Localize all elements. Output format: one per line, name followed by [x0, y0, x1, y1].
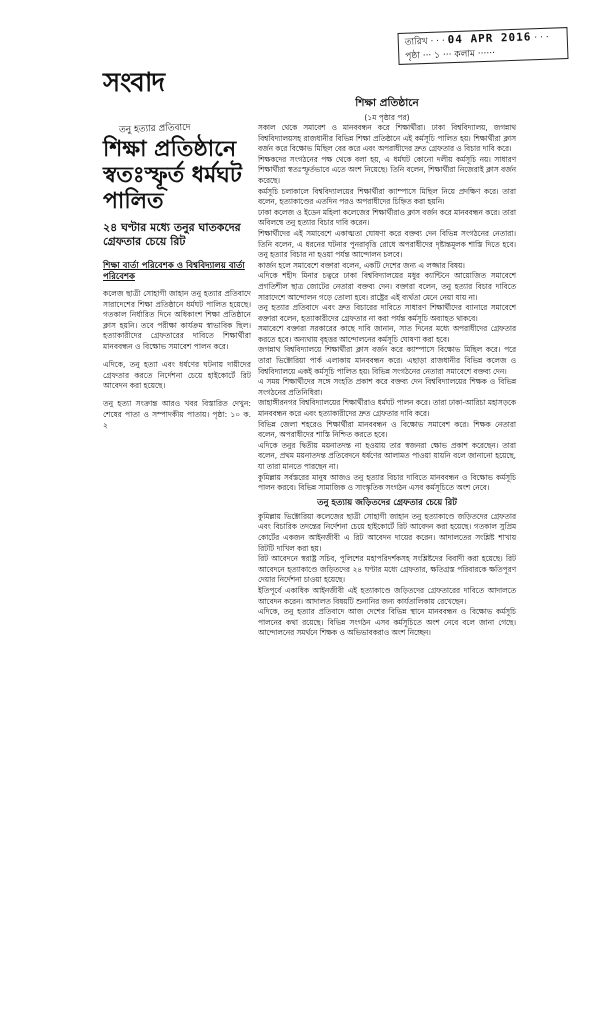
- article-paragraph: কর্মসূচি চলাকালে বিশ্ববিদ্যালয়ের শিক্ষা…: [258, 187, 516, 208]
- headline-line-3: পালিত: [103, 189, 251, 215]
- article-paragraph: শিক্ষার্থীদের এই সমাবেশে একাত্মতা ঘোষণা …: [258, 229, 516, 261]
- article-byline: শিক্ষা বার্তা পরিবেশক ও বিশ্ববিদ্যালয় ব…: [103, 261, 251, 283]
- continued-article: শিক্ষা প্রতিষ্ঠানে (১ম পৃষ্ঠার পর) সকাল …: [258, 96, 516, 639]
- article-paragraph: কুমিল্লায় সর্বস্তরের মানুষ আজও তনু হত্য…: [258, 473, 516, 494]
- article-paragraph: তনু হত্যা সংক্রান্ত আরও খবর বিস্তারিত দে…: [103, 399, 251, 431]
- newspaper-masthead: সংবাদ: [103, 62, 164, 106]
- article-paragraph: এদিকে, তনু হত্যার প্রতিবাদে আজ দেশের বিভ…: [258, 607, 516, 639]
- article-paragraph: কার্জন হলে সমাবেশে বক্তারা বলেন, একটি দে…: [258, 261, 516, 272]
- continued-from-note: (১ম পৃষ্ঠার পর): [258, 113, 516, 123]
- stamp-page-value: ১: [434, 51, 440, 61]
- article-paragraph: জাহাঙ্গীরনগর বিশ্ববিদ্যালয়ের শিক্ষার্থী…: [258, 398, 516, 419]
- article-paragraph: তনু হত্যার প্রতিবাদে এবং দ্রুত বিচারের দ…: [258, 303, 516, 324]
- stamp-column-label: কলাম: [454, 49, 475, 60]
- article-paragraph: বিভিন্ন জেলা শহরেও শিক্ষার্থীরা মানববন্ধ…: [258, 420, 516, 441]
- article-headline: শিক্ষা প্রতিষ্ঠানে স্বতঃস্ফূর্ত ধর্মঘট প…: [103, 137, 251, 215]
- article-subhead: ২৪ ঘণ্টার মধ্যে তনুর ঘাতকদের গ্রেফতার চে…: [103, 221, 251, 249]
- headline-line-2: স্বতঃস্ফূর্ত ধর্মঘট: [103, 163, 251, 189]
- article-paragraph: সকাল থেকে সমাবেশ ও মানববন্ধন করে শিক্ষার…: [258, 123, 516, 155]
- article-paragraph: এদিকে তনুর দ্বিতীয় ময়নাতদন্ত না হওয়ায…: [258, 441, 516, 473]
- article-paragraph: ঢাকা কলেজ ও ইডেন মহিলা কলেজের শিক্ষার্থী…: [258, 208, 516, 229]
- article-kicker: তনু হত্যার প্রতিবাদে: [119, 118, 251, 138]
- article-paragraph: এদিকে, তনু হত্যা এবং ধর্ষণের ঘটনায় দায়…: [103, 360, 251, 392]
- article-paragraph: রিট আবেদনে স্বরাষ্ট্র সচিব, পুলিশের মহাপ…: [258, 554, 516, 586]
- headline-line-1: শিক্ষা প্রতিষ্ঠানে: [103, 137, 251, 163]
- article-paragraph: কুমিল্লায় ভিক্টোরিয়া কলেজের ছাত্রী সোহ…: [258, 512, 516, 554]
- archive-stamp: তারিখ · · · 04 APR 2016 · · · পৃষ্ঠা ···…: [397, 27, 568, 65]
- article-paragraph: ইতিপূর্বে একাধিক আইনজীবী এই হত্যাকাণ্ডে …: [258, 586, 516, 607]
- article-paragraph: এ সময় শিক্ষার্থীদের সঙ্গে সংহতি প্রকাশ …: [258, 377, 516, 398]
- continued-article-title: শিক্ষা প্রতিষ্ঠানে: [258, 96, 516, 113]
- stamp-page-label: পৃষ্ঠা: [405, 51, 420, 62]
- article-paragraph: সমাবেশে বক্তারা সরকারের কাছে দাবি জানান,…: [258, 324, 516, 345]
- stamp-date-label: তারিখ: [405, 37, 428, 48]
- article-paragraph: শিক্ষকদের সংগঠনের পক্ষ থেকে বলা হয়, এ ধ…: [258, 155, 516, 187]
- front-page-article: তনু হত্যার প্রতিবাদে শিক্ষা প্রতিষ্ঠানে …: [103, 120, 251, 439]
- article-paragraph: কলেজ ছাত্রী সোহাগী জাহান তনু হত্যার প্রত…: [103, 289, 251, 353]
- article-paragraph: জগন্নাথ বিশ্ববিদ্যালয়ে শিক্ষার্থীরা ক্ল…: [258, 345, 516, 377]
- article-paragraph: এদিকে শহীদ মিনার চত্বরে ঢাকা বিশ্ববিদ্যা…: [258, 271, 516, 303]
- inline-subheading: তনু হত্যায় জড়িতদের গ্রেফতার চেয়ে রিট: [258, 496, 516, 510]
- stamp-date-value: 04 APR 2016: [447, 30, 531, 46]
